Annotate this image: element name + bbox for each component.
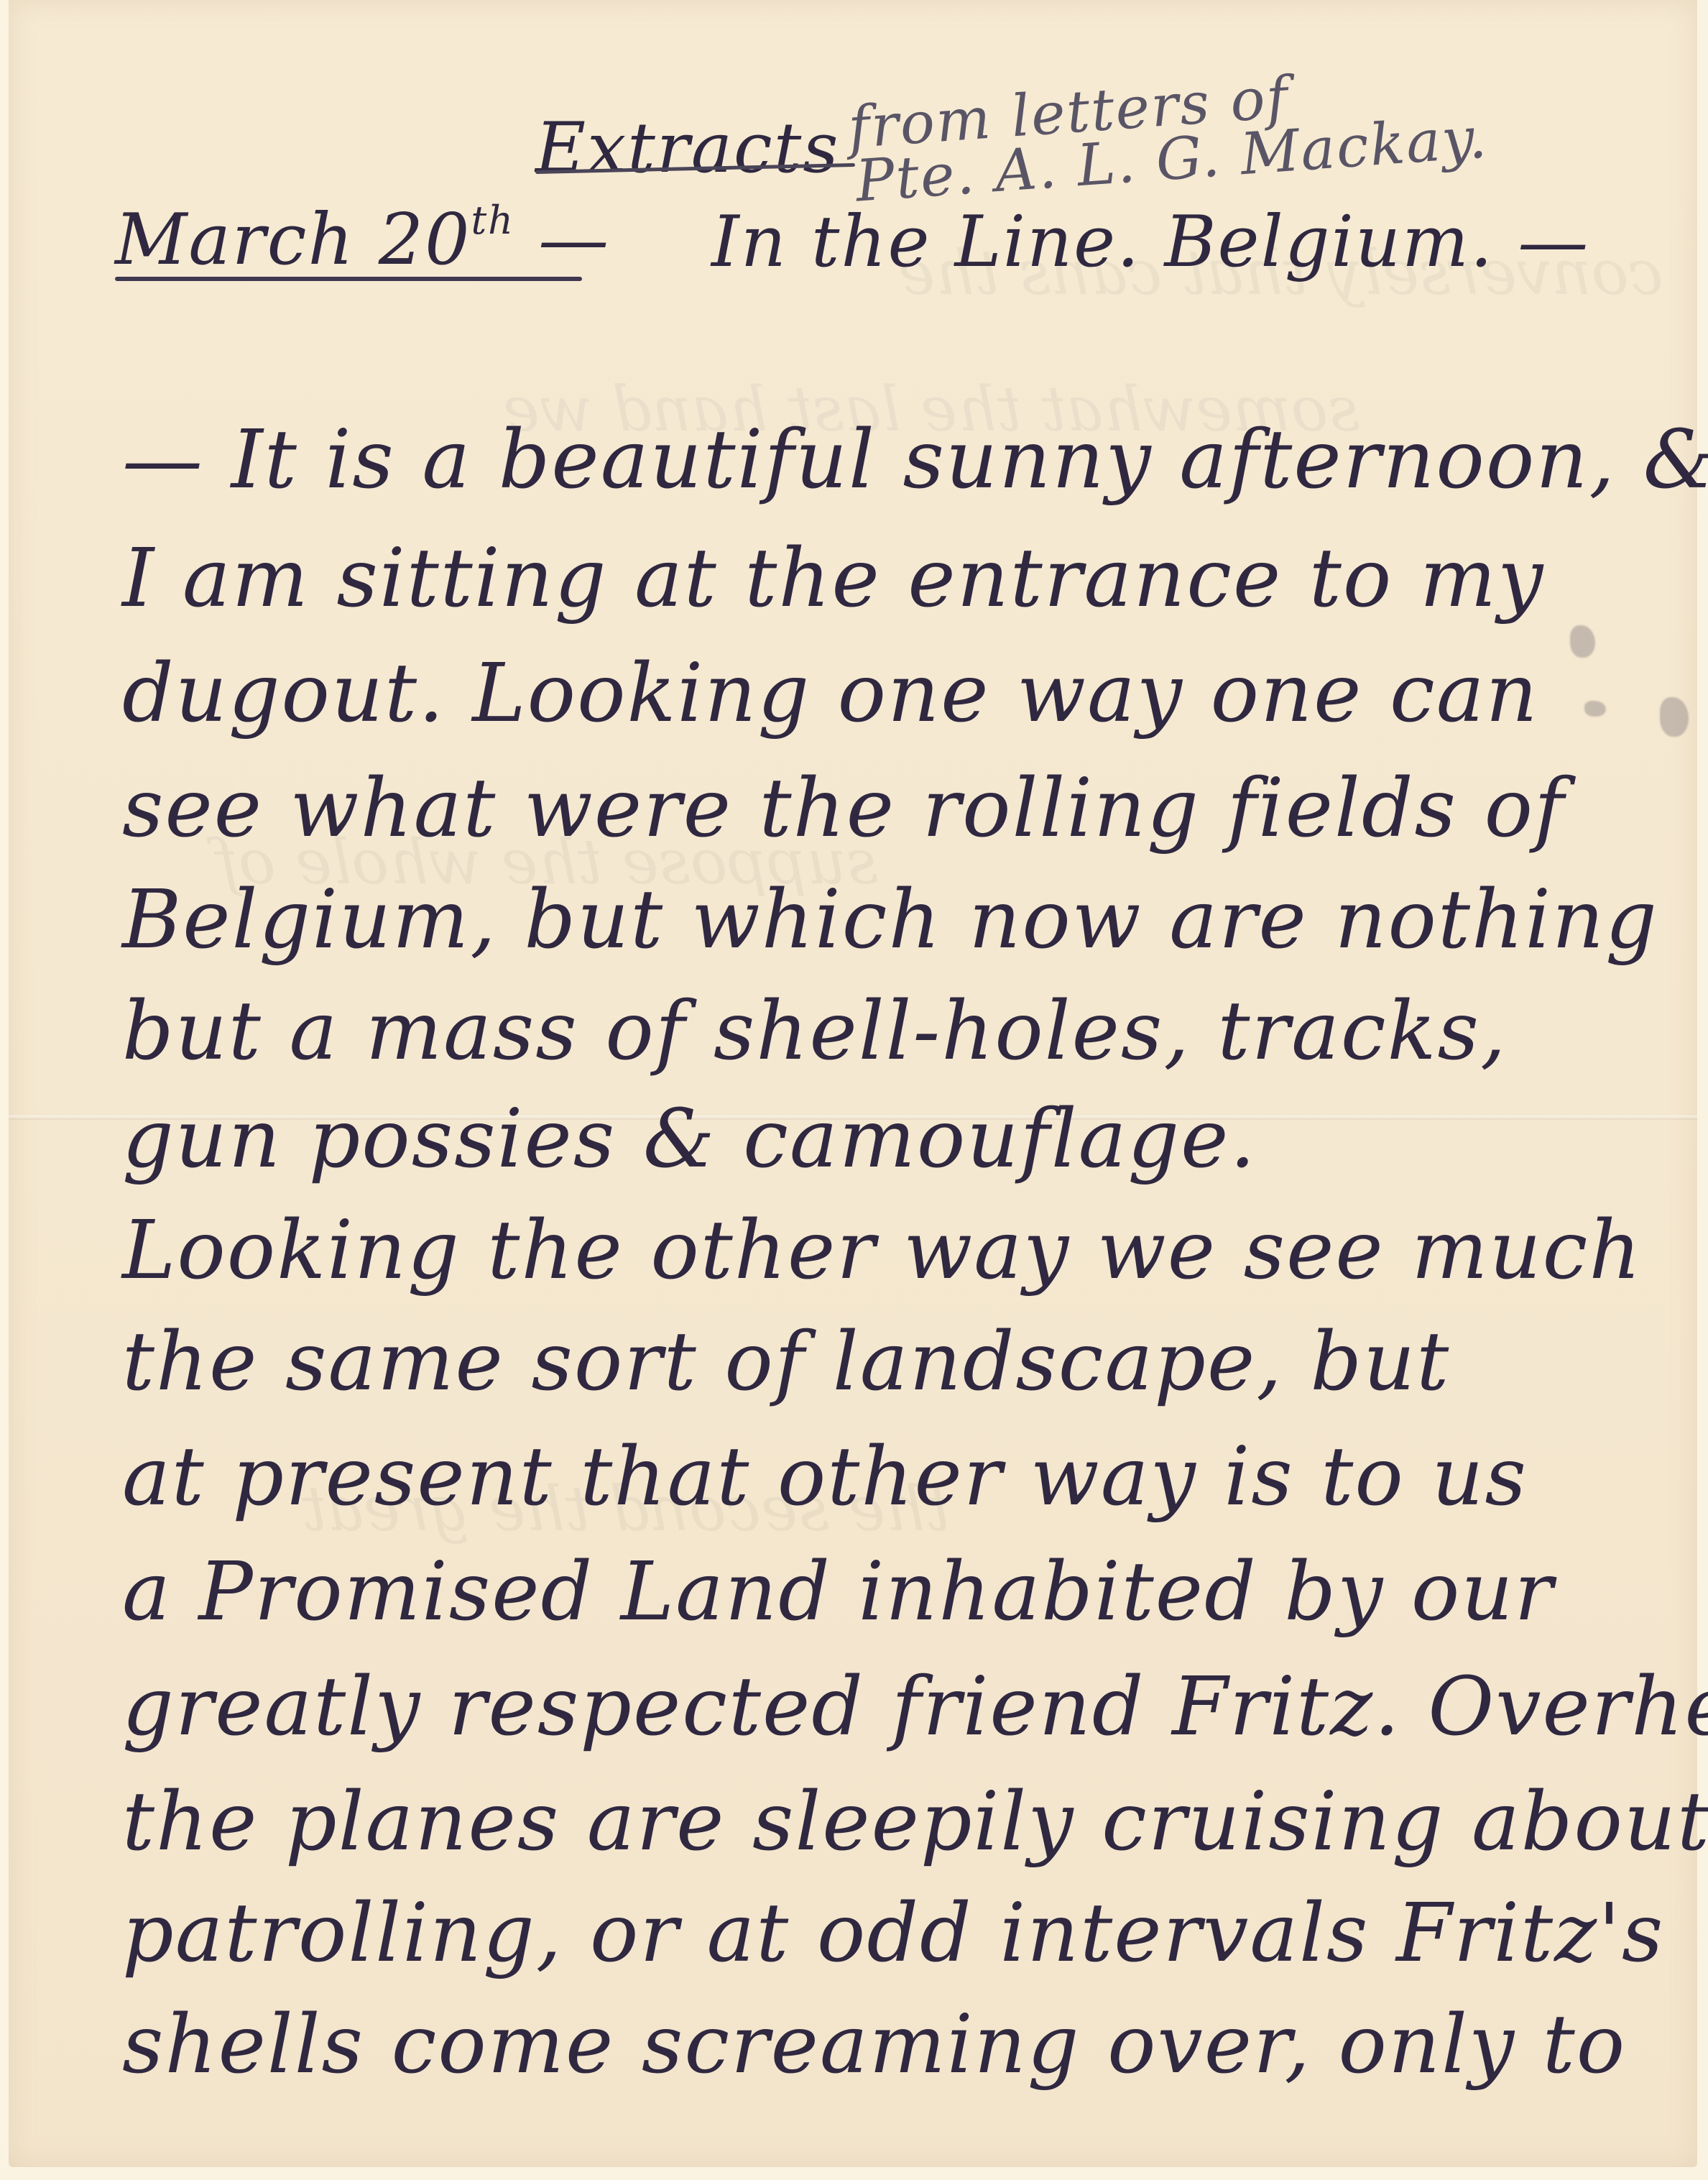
date-suffix: th xyxy=(471,198,514,243)
body-line: Belgium, but which now are nothing xyxy=(122,873,1658,967)
body-line: — It is a beautiful sunny afternoon, & xyxy=(122,413,1708,507)
body-line: the planes are sleepily cruising about, xyxy=(122,1775,1708,1869)
ink-smudge xyxy=(1570,625,1595,658)
body-line: Looking the other way we see much xyxy=(122,1204,1642,1297)
body-line: but a mass of shell-holes, tracks, xyxy=(122,985,1508,1078)
body-line: see what were the rolling fields of xyxy=(122,762,1566,855)
body-line: a Promised Land inhabited by our xyxy=(122,1545,1554,1639)
ink-smudge xyxy=(1584,701,1606,717)
date-text: March 20 xyxy=(115,199,471,281)
body-line: the same sort of landscape, but xyxy=(122,1315,1450,1409)
body-line: at present that other way is to us xyxy=(122,1430,1528,1524)
body-line: dugout. Looking one way one can xyxy=(122,647,1539,740)
date-underline xyxy=(115,277,582,281)
date-dash: — xyxy=(514,199,610,281)
body-line: patrolling, or at odd intervals Fritz's xyxy=(122,1887,1664,1980)
letter-place: In the Line. Belgium. — xyxy=(711,201,1589,283)
letter-date: March 20th — xyxy=(115,198,610,281)
body-line: I am sitting at the entrance to my xyxy=(122,532,1544,625)
body-line: greatly respected friend Fritz. Overhead xyxy=(122,1660,1708,1754)
body-line: shells come screaming over, only to xyxy=(122,1998,1626,2092)
header-title: Extracts xyxy=(535,108,840,188)
body-line: gun possies & camouflage. xyxy=(122,1093,1257,1186)
